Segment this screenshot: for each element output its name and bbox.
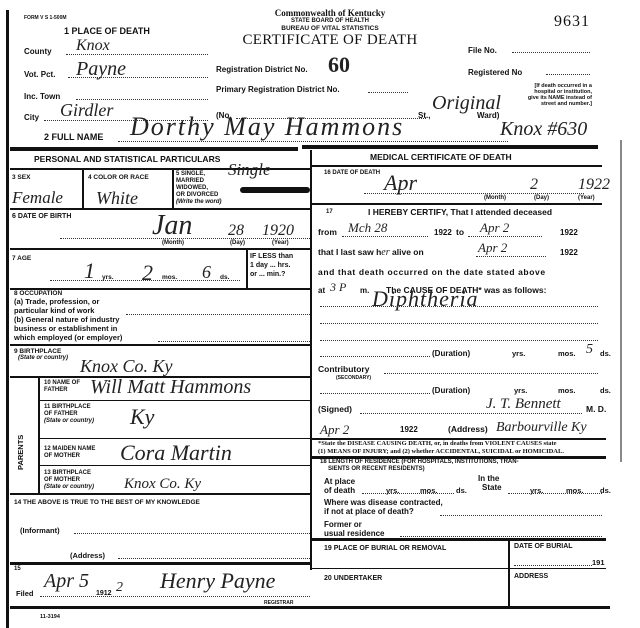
row-rule-certify bbox=[310, 203, 602, 205]
from-label: from bbox=[318, 228, 337, 237]
former-residence-label: Former or usual residence bbox=[324, 520, 384, 538]
middle-divider bbox=[310, 150, 312, 570]
signed-field[interactable] bbox=[360, 413, 582, 414]
filed-label: Filed bbox=[16, 589, 34, 598]
last-saw-label: that I last saw her alive on bbox=[318, 248, 424, 257]
informant-field[interactable] bbox=[74, 533, 310, 534]
marital-strike-mark bbox=[240, 187, 310, 193]
duration2-lead bbox=[320, 393, 430, 394]
bottom-rule bbox=[10, 606, 610, 609]
undertaker-label: 20 UNDERTAKER bbox=[324, 574, 382, 583]
sex-label: 3 SEX bbox=[12, 173, 30, 182]
at-place-ds: ds. bbox=[456, 486, 467, 495]
dod-day: 2 bbox=[530, 176, 538, 194]
certify-number: 17 bbox=[326, 209, 333, 216]
board-title: STATE BOARD OF HEALTH bbox=[230, 18, 430, 25]
primary-registration-label: Primary Registration District No. bbox=[216, 85, 340, 94]
contracted-label: Where was disease contracted, if not at … bbox=[324, 498, 443, 516]
at-place-mos: mos. bbox=[420, 486, 438, 495]
at-place-yrs: yrs. bbox=[386, 486, 399, 495]
place-of-death-heading: 1 PLACE OF DEATH bbox=[64, 27, 150, 36]
dob-month-caption: (Month) bbox=[162, 240, 184, 247]
medical-section-title: MEDICAL CERTIFICATE OF DEATH bbox=[370, 153, 512, 162]
from-value: Mch 28 bbox=[348, 220, 387, 236]
contracted-field[interactable] bbox=[440, 515, 602, 516]
row-rule-mother-name bbox=[38, 438, 310, 439]
row-rule-informant bbox=[10, 493, 310, 495]
st-label: St., bbox=[418, 111, 430, 120]
occurred-text: and that death occurred on the date stat… bbox=[318, 268, 546, 277]
birthplace-label: 9 BIRTHPLACE bbox=[14, 348, 61, 355]
burial-address-label: ADDRESS bbox=[514, 572, 548, 581]
burial-date-label: DATE OF BURIAL bbox=[514, 542, 573, 551]
race-value: White bbox=[96, 188, 138, 209]
row-rule-father-bp bbox=[38, 400, 310, 401]
registration-district-value: 60 bbox=[328, 52, 350, 78]
duration-days: 5 bbox=[586, 342, 593, 358]
cause-line-1[interactable] bbox=[320, 306, 598, 307]
at-label: at bbox=[318, 286, 325, 295]
signed-year: 1922 bbox=[400, 425, 418, 434]
informant-heading: 14 THE ABOVE IS TRUE TO THE BEST OF MY K… bbox=[14, 499, 200, 506]
bureau-title: BUREAU OF VITAL STATISTICS bbox=[230, 25, 430, 32]
informant-address-label: (Address) bbox=[70, 551, 105, 560]
in-state-mos: mos. bbox=[566, 486, 584, 495]
to-value: Apr 2 bbox=[480, 220, 509, 236]
filed-date-value: Apr 5 bbox=[44, 570, 89, 593]
age-years: 1 bbox=[84, 258, 95, 284]
from-year: 1922 bbox=[434, 228, 452, 237]
duration2-mos-unit: mos. bbox=[558, 386, 576, 395]
signed-address-value: Barbourville Ky bbox=[496, 420, 587, 436]
vot-pct-label: Vot. Pct. bbox=[24, 70, 55, 79]
duration-lead bbox=[320, 356, 430, 357]
dob-year-caption: (Year) bbox=[272, 240, 289, 247]
to-label: to bbox=[456, 228, 464, 237]
row-rule-age bbox=[10, 248, 310, 250]
county-value: Knox bbox=[76, 37, 110, 55]
at-place-field[interactable] bbox=[362, 493, 454, 494]
informant-address-field[interactable] bbox=[118, 558, 310, 559]
occupation-label: 8 OCCUPATION (a) Trade, profession, or p… bbox=[14, 290, 122, 342]
file-no-field[interactable] bbox=[512, 52, 590, 53]
header-center: Commonwealth of Kentucky STATE BOARD OF … bbox=[230, 8, 430, 49]
in-state-ds: ds. bbox=[600, 486, 611, 495]
personal-section-title: PERSONAL AND STATISTICAL PARTICULARS bbox=[34, 155, 220, 164]
at-value: 3 P bbox=[330, 280, 346, 295]
last-saw-field[interactable] bbox=[476, 256, 546, 257]
dob-month: Jan bbox=[152, 210, 192, 242]
mother-name-label: 12 MAIDEN NAME OF MOTHER bbox=[44, 446, 95, 460]
mother-birthplace-value: Knox Co. Ky bbox=[124, 476, 201, 493]
cause-footnote: *State the DISEASE CAUSING DEATH, or, in… bbox=[318, 440, 564, 456]
duration2-ds-unit: ds. bbox=[600, 386, 611, 395]
from-field[interactable] bbox=[342, 236, 428, 237]
if-less-label: IF LESS than 1 day ... hrs. or ... min.? bbox=[250, 252, 293, 279]
filed-number: 15 bbox=[14, 566, 21, 573]
duration-label: (Duration) bbox=[432, 349, 470, 358]
primary-registration-field[interactable] bbox=[368, 92, 408, 93]
former-residence-field[interactable] bbox=[400, 536, 602, 537]
dob-label: 6 DATE OF BIRTH bbox=[12, 212, 71, 221]
age-days: 6 bbox=[202, 262, 211, 283]
marital-label: 5 SINGLE, MARRIED WIDOWED, OR DIVORCED (… bbox=[176, 171, 222, 206]
signed-date-value: Apr 2 bbox=[320, 422, 349, 438]
full-name-annotation: Knox #630 bbox=[500, 118, 587, 141]
burial-top-rule bbox=[310, 538, 606, 541]
contributory-label: Contributory bbox=[318, 365, 369, 374]
mother-birthplace-label: 13 BIRTHPLACE OF MOTHER (State or countr… bbox=[44, 470, 94, 491]
duration-yrs-unit: yrs. bbox=[512, 349, 525, 358]
full-name-label: 2 FULL NAME bbox=[44, 133, 103, 142]
last-saw-her: er bbox=[381, 247, 389, 258]
dod-month: Apr bbox=[384, 170, 417, 196]
vot-pct-value: Payne bbox=[76, 58, 126, 81]
duration2-yrs-unit: yrs. bbox=[514, 386, 527, 395]
right-border bbox=[620, 140, 622, 462]
dod-day-caption: (Day) bbox=[534, 195, 549, 202]
signed-address-label: (Address) bbox=[448, 425, 488, 434]
name-divider-right bbox=[302, 145, 598, 149]
if-less-divider bbox=[246, 248, 248, 288]
to-field[interactable] bbox=[468, 236, 542, 237]
occupation-b-field[interactable] bbox=[158, 341, 310, 342]
dod-month-caption: (Month) bbox=[484, 195, 506, 202]
age-mos-unit: mos. bbox=[162, 273, 177, 282]
age-months: 2 bbox=[142, 260, 153, 286]
dob-day: 28 bbox=[228, 222, 244, 240]
stamp-number: 9631 bbox=[554, 13, 590, 31]
m-label: m. bbox=[360, 286, 369, 295]
file-no-label: File No. bbox=[468, 46, 497, 55]
burial-divider bbox=[508, 540, 510, 606]
form-number: FORM V S 1-500M bbox=[24, 15, 67, 22]
race-label: 4 COLOR OR RACE bbox=[88, 173, 149, 182]
informant-label: (Informant) bbox=[20, 526, 60, 535]
undertaker-rule bbox=[310, 568, 606, 569]
sex-value: Female bbox=[12, 188, 63, 208]
filed-field[interactable] bbox=[40, 596, 310, 597]
signed-label: (Signed) bbox=[318, 405, 352, 414]
father-birthplace-label: 11 BIRTHPLACE OF FATHER (State or countr… bbox=[44, 404, 94, 425]
row-rule-filed bbox=[10, 562, 310, 565]
left-border bbox=[6, 10, 9, 628]
dod-year-caption: (Year) bbox=[578, 195, 595, 202]
medical-title-rule bbox=[310, 165, 602, 167]
row-rule-birthplace bbox=[10, 344, 310, 346]
parents-column-divider bbox=[38, 376, 40, 494]
county-label: County bbox=[24, 47, 52, 56]
in-state-field[interactable] bbox=[508, 493, 602, 494]
mother-name-value: Cora Martin bbox=[120, 440, 232, 466]
last-saw-year: 1922 bbox=[560, 248, 578, 257]
secondary-label: (SECONDARY) bbox=[336, 375, 371, 382]
hospital-note: [If death occurred in a hospital or inst… bbox=[524, 83, 592, 107]
cause-line-3[interactable] bbox=[320, 340, 598, 341]
last-saw-value: Apr 2 bbox=[478, 240, 507, 256]
age-yrs-unit: yrs. bbox=[102, 273, 114, 282]
marital-value: Single bbox=[228, 160, 271, 180]
birthplace-sub: (State or country) bbox=[18, 355, 68, 362]
to-year: 1922 bbox=[560, 228, 578, 237]
occupation-a-field[interactable] bbox=[126, 314, 310, 315]
cause-line-2[interactable] bbox=[320, 323, 598, 324]
name-divider bbox=[10, 147, 298, 151]
birthplace-value: Knox Co. Ky bbox=[80, 356, 173, 377]
registered-no-label: Registered No bbox=[468, 68, 522, 77]
parents-vertical-label: PARENTS bbox=[16, 435, 25, 470]
burial-place-label: 19 PLACE OF BURIAL OR REMOVAL bbox=[324, 544, 446, 553]
in-state-yrs: yrs. bbox=[530, 486, 543, 495]
race-marital-divider bbox=[172, 168, 174, 208]
signed-value: J. T. Bennett bbox=[486, 396, 561, 413]
residence-label: 18 LENGTH OF RESIDENCE (FOR HOSPITALS, I… bbox=[320, 459, 519, 473]
filed-year-value: 2 bbox=[116, 580, 123, 596]
cause-value: Diphtheria bbox=[372, 286, 479, 312]
father-name-value: Will Matt Hammons bbox=[90, 376, 251, 399]
row-rule-mother-bp bbox=[38, 465, 310, 466]
dob-year: 1920 bbox=[262, 222, 294, 240]
inc-town-label: Inc. Town bbox=[24, 92, 60, 101]
registrar-signature: Henry Payne bbox=[160, 568, 275, 594]
contributory-field[interactable] bbox=[384, 373, 598, 374]
footer-form-code: 11-3194 bbox=[40, 614, 60, 621]
duration2-label: (Duration) bbox=[432, 386, 470, 395]
dod-year: 1922 bbox=[578, 176, 610, 194]
registered-no-field[interactable] bbox=[546, 74, 590, 75]
dod-label: 16 DATE OF DEATH bbox=[324, 170, 380, 177]
age-ds-unit: ds. bbox=[220, 273, 229, 282]
burial-year-prefix: 191 bbox=[592, 558, 605, 567]
father-name-label: 10 NAME OF FATHER bbox=[44, 380, 80, 394]
sex-race-divider bbox=[82, 168, 84, 208]
commonwealth-title: Commonwealth of Kentucky bbox=[230, 8, 430, 18]
age-label: 7 AGE bbox=[12, 254, 31, 263]
ward-label: Ward) bbox=[477, 111, 499, 120]
city-value: Girdler bbox=[60, 100, 113, 121]
filed-year-prefix: 1912 bbox=[96, 589, 112, 598]
father-birthplace-value: Ky bbox=[130, 404, 154, 430]
md-label: M. D. bbox=[586, 405, 606, 414]
in-state-label: In the State bbox=[478, 474, 502, 492]
at-place-label: At place of death bbox=[324, 477, 355, 495]
certify-text: I HEREBY CERTIFY, That I attended deceas… bbox=[368, 208, 552, 217]
dob-day-caption: (Day) bbox=[230, 240, 245, 247]
duration-ds-unit: ds. bbox=[600, 349, 611, 358]
city-label: City bbox=[24, 113, 39, 122]
registration-district-label: Registration District No. bbox=[216, 65, 308, 74]
burial-date-field[interactable] bbox=[514, 565, 592, 566]
certificate-title: CERTIFICATE OF DEATH bbox=[230, 32, 430, 49]
full-name-value: Dorthy May Hammons bbox=[130, 112, 404, 142]
duration-mos-unit: mos. bbox=[558, 349, 576, 358]
